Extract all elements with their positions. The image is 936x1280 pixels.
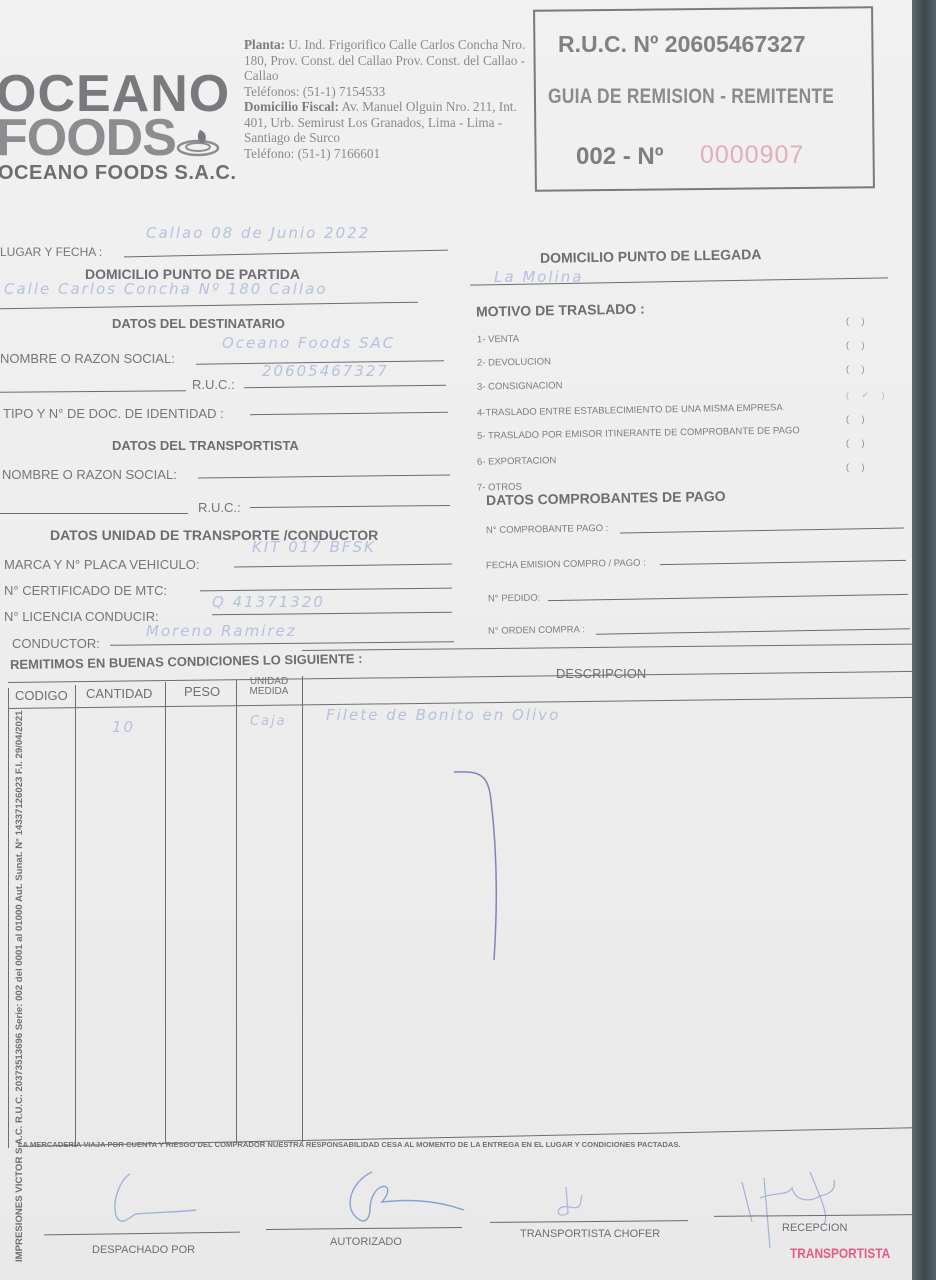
col-cantidad: CANTIDAD <box>86 686 152 701</box>
partida-field[interactable]: Calle Carlos Concha Nº 180 Callao <box>4 280 327 298</box>
serie-label: 002 - Nº <box>576 143 663 171</box>
transp-ruc-line[interactable] <box>250 505 450 508</box>
printer-side-text: IMPRESIONES VICTOR S.A.C. R.U.C. 2037351… <box>14 662 25 1262</box>
company-address: Planta: U. Ind. Frigorifico Calle Carlos… <box>244 37 534 161</box>
row-1-descripcion[interactable]: Filete de Bonito en Olivo <box>326 706 560 724</box>
motivo-checkbox[interactable]: ( ) <box>846 438 870 448</box>
label-recepcion: RECEPCION <box>782 1222 847 1234</box>
motivo-option-label: 2- DEVOLUCION <box>477 356 551 368</box>
telefonos: Teléfonos: (51-1) 7154533 <box>244 84 385 99</box>
motivo-option-label: 4-TRASLADO ENTRE ESTABLECIMIENTO DE UNA … <box>477 402 783 418</box>
motivo-checkbox[interactable]: ( ) <box>846 364 870 374</box>
placa-field[interactable]: KIT 017 BFSK <box>252 538 376 556</box>
comprobante-field-label: FECHA EMISION COMPRO / PAGO : <box>486 558 646 572</box>
ruc-number: R.U.C. Nº 20605467327 <box>558 31 806 58</box>
comprobante-field-input[interactable] <box>620 528 904 534</box>
motivo-option-label: 5- TRASLADO POR EMISOR ITINERANTE DE COM… <box>477 425 800 442</box>
dest-nombre-label: NOMBRE O RAZON SOCIAL: <box>0 351 175 366</box>
transp-ruc-left-line <box>0 513 188 514</box>
mtc-line[interactable] <box>200 588 452 592</box>
licencia-field[interactable]: Q 41371320 <box>212 593 325 611</box>
planta-text: U. Ind. Frigorifico Calle Carlos Concha … <box>244 37 525 83</box>
copy-label-transportista: TRANSPORTISTA <box>790 1245 890 1261</box>
label-despachado: DESPACHADO POR <box>92 1244 195 1256</box>
items-heading: REMITIMOS EN BUENAS CONDICIONES LO SIGUI… <box>10 651 363 672</box>
transp-ruc-label: R.U.C.: <box>198 500 241 515</box>
motivo-option-label: 3- CONSIGNACION <box>477 380 563 392</box>
licencia-label: N° LICENCIA CONDUCIR: <box>4 609 159 624</box>
dest-ruc-field[interactable]: 20605467327 <box>262 362 389 380</box>
col-peso: PESO <box>184 684 220 699</box>
conductor-label: CONDUCTOR: <box>12 636 100 651</box>
lugar-fecha-line <box>124 250 448 258</box>
motivo-checkbox[interactable]: ( ) <box>846 414 870 424</box>
comprobante-field-label: N° PEDIDO: <box>488 593 541 605</box>
motivo-option-label: 6- EXPORTACION <box>477 455 557 467</box>
comprobante-field-input[interactable] <box>548 594 908 601</box>
transp-nombre-line[interactable] <box>198 474 450 478</box>
dest-doc-label: TIPO Y N° DE DOC. DE IDENTIDAD : <box>3 406 224 421</box>
signature-autorizado <box>340 1170 470 1230</box>
col-line-4 <box>302 676 303 1142</box>
transportista-heading: DATOS DEL TRANSPORTISTA <box>112 438 299 453</box>
lugar-fecha-field[interactable]: Callao 08 de Junio 2022 <box>146 224 370 242</box>
lugar-fecha-label: LUGAR Y FECHA : <box>0 245 102 259</box>
company-name: OCEANO FOODS S.A.C. <box>0 162 236 185</box>
dest-ruc-line <box>244 385 446 388</box>
motivo-checkbox[interactable]: ( ) <box>846 340 870 350</box>
telefono: Teléfono: (51-1) 7166601 <box>244 146 380 161</box>
row-1-unidad[interactable]: Caja <box>250 714 287 729</box>
document-number: 0000907 <box>700 141 804 170</box>
conductor-field[interactable]: Moreno Ramirez <box>146 622 297 640</box>
destinatario-heading: DATOS DEL DESTINATARIO <box>112 316 285 331</box>
col-line-3 <box>236 680 237 1143</box>
conductor-line <box>110 641 454 646</box>
row-1-cantidad[interactable]: 10 <box>112 718 135 736</box>
col-line-0 <box>8 688 9 1148</box>
comprobante-field-input[interactable] <box>660 560 906 565</box>
remission-guide-sheet: OCEANO FOODS OCEANO FOODS S.A.C. Planta:… <box>0 0 912 1280</box>
comprobantes-heading: DATOS COMPROBANTES DE PAGO <box>486 488 726 508</box>
dest-doc-line[interactable] <box>250 412 448 415</box>
logo-foods: FOODS <box>0 112 176 164</box>
llegada-heading: DOMICILIO PUNTO DE LLEGADA <box>540 246 762 266</box>
signature-recepcion <box>730 1162 860 1252</box>
label-autorizado: AUTORIZADO <box>330 1236 402 1248</box>
items-top-border <box>302 644 914 651</box>
motivo-option-label: 1- VENTA <box>477 334 519 346</box>
label-transportista: TRANSPORTISTA CHOFER <box>520 1228 660 1240</box>
licencia-line <box>212 612 452 616</box>
planta-label: Planta: <box>244 37 285 52</box>
signature-despachado <box>100 1170 210 1230</box>
motivo-heading: MOTIVO DE TRASLADO : <box>476 301 645 320</box>
dest-ruc-left-line <box>0 390 186 393</box>
col-descripcion: DESCRIPCION <box>556 666 646 681</box>
document-type: GUIA DE REMISION - REMITENTE <box>548 85 834 109</box>
comprobante-field-label: N° COMPROBANTE PAGO : <box>486 523 609 536</box>
comprobante-field-input[interactable] <box>596 628 910 634</box>
mtc-label: N° CERTIFICADO DE MTC: <box>4 583 167 598</box>
motivo-checkbox[interactable]: ( ✓ ) <box>846 390 890 401</box>
fiscal-label: Domicilio Fiscal: <box>244 99 339 114</box>
motivo-checkbox[interactable]: ( ) <box>846 462 870 472</box>
partida-line <box>0 302 418 310</box>
dest-nombre-field[interactable]: Oceano Foods SAC <box>222 334 395 352</box>
water-drop-wave-icon <box>176 128 222 158</box>
col-line-2 <box>165 682 166 1144</box>
comprobante-field-label: N° ORDEN COMPRA : <box>488 624 585 637</box>
placa-line <box>234 563 452 567</box>
liability-disclaimer: LA MERCADERÍA VIAJA POR CUENTA Y RIESGO … <box>18 1140 681 1149</box>
signature-transportista <box>550 1185 600 1225</box>
col-line-1 <box>75 685 76 1147</box>
line-despachado <box>44 1232 240 1236</box>
binder-edge <box>912 0 936 1280</box>
closing-bracket-mark <box>440 770 520 970</box>
dest-ruc-label: R.U.C.: <box>192 377 235 392</box>
col-unidad-medida: UNIDAD MEDIDA <box>240 677 298 697</box>
transp-nombre-label: NOMBRE O RAZON SOCIAL: <box>2 467 177 482</box>
motivo-checkbox[interactable]: ( ) <box>846 316 870 326</box>
items-header-top-line <box>8 671 914 683</box>
placa-label: MARCA Y N° PLACA VEHICULO: <box>4 557 199 572</box>
